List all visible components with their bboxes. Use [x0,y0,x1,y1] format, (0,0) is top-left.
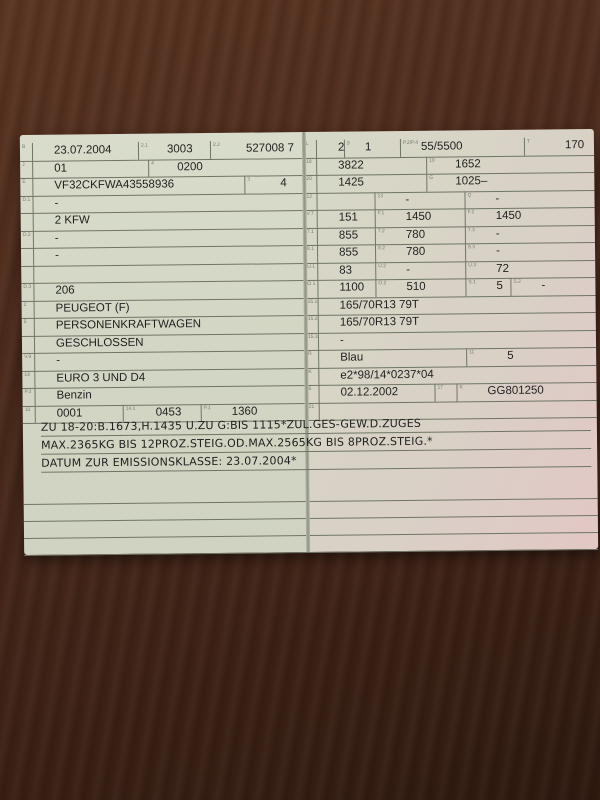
field-value: 01 [54,162,67,174]
subfield: G1025– [426,174,427,192]
subfield-code: P.1 [204,405,211,411]
field-code: L [306,141,309,147]
field-code: 12 [306,193,312,199]
subfield-code: O.2 [378,280,386,286]
field-value: e2*98/14*0237*04 [340,368,433,381]
field-value: - [55,250,59,262]
subfield: 191652 [426,156,427,174]
field-code-column: 2 [22,300,35,318]
field-value: EURO 3 UND D4 [56,371,145,384]
field-value: - [55,232,59,244]
subfield: U.2- [375,262,376,280]
subfield-value: 780 [406,228,425,240]
field-value: 1425 [338,176,364,188]
field-code: J [22,161,25,167]
subfield: 7.2780 [375,227,376,245]
subfield-code: 9 [347,141,350,147]
field-code-column: 5 [22,318,35,336]
subfield: 17 [434,384,435,402]
subfield: 8.2780 [375,244,376,262]
subfield-value: 4 [280,177,287,189]
field-code-column [21,248,34,266]
field-value: 83 [339,264,352,276]
field-value: PERSONENKRAFTWAGEN [56,318,201,332]
field-code: 8.1 [307,246,314,252]
subfield-value: 1450 [406,211,432,223]
subfield-value: 170 [565,139,584,151]
subfield-value: GG801250 [487,385,543,398]
field-code-column [21,265,34,283]
vehicle-registration-booklet: B23.07.20042.130032.2527008 7J0140200EVF… [20,129,598,555]
field-code: O.1 [307,281,315,287]
field-value: 1100 [339,281,364,293]
field-code-column: 14 [22,370,35,388]
subfield-code: G [429,175,433,181]
subfield: 115 [466,348,467,366]
subfield: KGG801250 [456,383,457,401]
subfield-value: 780 [406,246,425,258]
subfield: O.2510 [375,279,376,297]
subfield-value: 3003 [167,143,193,155]
field-value: PEUGEOT (F) [56,301,130,314]
field-value: 23.07.2004 [54,144,112,157]
field-value: 165/70R13 79T [340,316,419,329]
subfield-value: 1450 [496,210,522,222]
field-code-column: D.3 [21,283,34,301]
left-page: B23.07.20042.130032.2527008 7J0140200EVF… [20,132,308,555]
subfield: 13- [374,192,375,210]
field-value: 855 [339,229,358,241]
subfield-value: 5 [507,350,514,362]
field-code: 2 [24,301,27,307]
subfield: Q- [464,191,465,209]
subfield-value: 527008 7 [246,142,294,155]
subfield-value: - [541,280,545,292]
subfield-code: F.2 [468,209,475,215]
field-code: K [308,368,311,374]
subfield-code: S.1 [468,279,476,285]
subfield: T170 [524,138,525,156]
field-value: 02.12.2002 [340,386,398,399]
subfield: 2.13003 [138,142,139,160]
subfield-code: 14.1 [126,405,136,411]
subfield-value: 55/5500 [421,140,463,152]
subfield-code: 7.3 [468,227,475,233]
field-code-column: V.9 [22,353,35,371]
subfield: 91 [344,140,345,158]
field-value: VF32CKFWA43558936 [54,178,174,191]
subfield: F.11450 [375,209,376,227]
subfield-code: 13 [377,193,383,199]
subfield-code: K [459,384,462,390]
field-code: V.9 [24,354,31,360]
right-page: L291P.2/P.455/5500T170183822191652201425… [304,129,598,552]
subfield-code: 3 [247,177,250,183]
subfield-value: 0453 [156,406,182,418]
subfield: 34 [244,176,245,194]
field-code: B [22,144,25,150]
field-value: 206 [55,284,74,296]
subfield-code: 4 [151,160,154,166]
field-code: 18 [306,158,312,164]
field-value: 151 [339,211,358,223]
subfield-value: 1652 [455,158,481,170]
field-code: 6 [308,386,311,392]
subfield: 40200 [148,159,149,177]
field-code-column: E [20,178,33,196]
subfield-code: T [527,139,530,145]
subfield-code: S.2 [513,279,521,285]
field-value: 0001 [57,407,83,419]
field-code-column: B [20,143,33,161]
subfield-code: 2.1 [141,143,148,149]
subfield: F.21450 [465,208,466,226]
field-code: 10 [25,406,31,412]
field-code: E [22,179,25,185]
subfield-value: 0200 [177,161,203,173]
subfield-value: - [405,193,409,205]
subfield-code: 19 [429,157,435,163]
subfield-code: 17 [437,385,443,391]
subfield: 7.3- [465,226,466,244]
subfield: 8.3- [465,243,466,261]
field-code: R [308,351,312,357]
subfield-code: 7.2 [378,228,385,234]
field-code: D.1 [22,196,30,202]
blank-ruled-line [24,535,308,556]
field-code: 21 [309,403,315,409]
subfield-value: 1 [365,141,372,153]
subfield-code: P.2/P.4 [403,140,418,146]
field-value: 2 KFW [55,214,90,226]
field-value: - [340,334,344,346]
subfield: S.2- [510,278,511,296]
subfield-value: - [495,192,499,204]
field-code-column: P.3 [22,388,35,406]
subfield-code: 11 [469,349,474,355]
field-code-column [21,213,34,231]
subfield-code: Q [467,192,471,198]
subfield-code: 8.2 [378,245,385,251]
subfield-value: 510 [406,281,425,293]
subfield-code: U.2 [378,263,386,269]
field-code-column [22,335,35,353]
subfield-code: U.3 [468,262,476,268]
subfield-value: 72 [496,262,509,274]
field-value: - [54,197,58,209]
subfield-value: 1360 [232,405,258,417]
field-value: 855 [339,246,358,258]
field-code: 5 [24,319,27,325]
field-value: 3822 [338,159,364,171]
subfield: S.15 [465,278,466,296]
subfield-value: - [496,227,500,239]
subfield-code: 8.3 [468,244,475,250]
field-code-column: D.1 [20,195,33,213]
subfield-value: 1025– [455,175,487,187]
field-code: 7.1 [307,228,314,234]
subfield-code: F.1 [378,210,385,216]
field-code: 14 [24,371,30,377]
field-code-column: D.2 [21,230,34,248]
field-code: V.7 [307,211,314,217]
field-code-column: 10 [23,405,36,423]
field-code: 20 [306,176,312,182]
field-code: 15.1 [308,298,318,304]
subfield-value: - [496,245,500,257]
field-value: Blau [340,351,363,363]
field-value: GESCHLOSSEN [56,336,144,349]
field-code: U.1 [307,263,315,269]
subfield: P.2/P.455/5500 [400,139,401,157]
subfield-code: 2.2 [213,142,220,148]
field-value: - [56,355,60,367]
field-code: 15.2 [308,316,318,322]
blank-ruled-line [308,532,598,553]
remarks-section: ZU 18-20:B.1673,H.1435 U.ZU G:BIS 1115*Z… [41,413,592,473]
field-value: Benzin [56,389,91,401]
field-code-column: J [20,160,33,178]
field-code: P.3 [24,389,31,395]
subfield-value: - [406,263,410,275]
field-code: D.3 [23,284,31,290]
subfield-value: 5 [496,280,503,292]
subfield: U.372 [465,261,466,279]
field-code: D.2 [23,231,31,237]
field-value: 165/70R13 79T [340,298,419,311]
subfield: 2.2527008 7 [210,141,211,159]
field-code: 15.3 [308,333,318,339]
